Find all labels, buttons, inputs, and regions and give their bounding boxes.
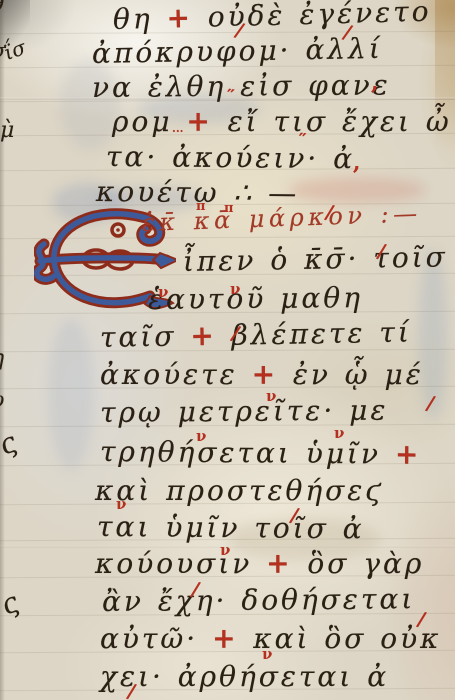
red-accent-mark: ν <box>334 426 344 441</box>
red-accent-mark: ν <box>116 497 126 512</box>
initial-spiral-dot <box>116 228 120 232</box>
margin-mark: η <box>0 348 4 370</box>
margin-mark: θ <box>0 0 4 16</box>
red-accent-mark: ’ <box>370 84 378 108</box>
text-run: να ἐλθη εἰσ φανε <box>92 68 391 104</box>
text-line: ἑαυτοῦ μαθη <box>148 284 363 314</box>
text-run: ὃσ γὰρ <box>307 547 424 580</box>
red-accent-mark: ν <box>266 389 276 404</box>
text-line: χει· ἀρθήσεται ἀ <box>100 663 389 691</box>
text-line: τα· ἀκούειν· ἀ <box>106 143 355 173</box>
text-line: ἀκούετε + ἐν ᾧ μέ <box>100 361 424 389</box>
text-line: τρῳ μετρεῖτε· με <box>100 396 389 427</box>
text-run: τρῳ μετρεῖτε· με <box>100 393 389 429</box>
text-run: θη <box>113 2 167 36</box>
text-run: ἶπεν ὁ κ̄σ̄· τοῖσ <box>183 240 448 278</box>
red-cross-mark: + <box>186 105 227 138</box>
margin-mark: υ <box>0 390 4 412</box>
red-accent-mark: ν <box>220 543 230 558</box>
red-cross-mark: + <box>190 319 232 353</box>
text-line: ρομ + εἴ τισ ἔχει ὦ <box>112 108 452 136</box>
text-run: τρηθήσεται ὑμῖν <box>100 435 395 471</box>
text-run: εἴ τισ ἔχει ὦ <box>228 105 452 138</box>
margin-mark: σ <box>0 40 6 60</box>
red-cross-mark: + <box>212 622 253 655</box>
text-run: αὐτῶ· <box>100 622 212 655</box>
text-line: ται ὑμῖν τοῖσ ἀ <box>97 513 365 543</box>
text-run: βλέπετε τί <box>231 316 412 352</box>
red-accent-mark: π <box>196 200 206 213</box>
text-line: κούουσιν + ὃσ γὰρ <box>95 550 424 578</box>
text-run: ταῖσ <box>100 319 191 354</box>
text-run: χει· ἀρθήσεται ἀ <box>100 660 389 693</box>
text-run: ἑαυτοῦ μαθη <box>148 281 363 316</box>
text-line: ἂν ἔχη· δοθήσεται <box>102 585 415 616</box>
manuscript-page: θη + οὐδὲ ἐγένετοἀπόκρυφομ· ἀλλίνα ἐλθη … <box>0 0 455 700</box>
text-line: τρηθήσεται ὑμῖν + <box>100 438 422 469</box>
text-line: θη + οὐδὲ ἐγένετο <box>113 0 432 34</box>
red-cross-mark: + <box>395 438 422 471</box>
red-cross-mark: + <box>266 547 307 580</box>
text-run: ἐν ᾧ μέ <box>293 358 424 391</box>
text-run: ται ὑμῖν τοῖσ ἀ <box>97 510 365 545</box>
text-line: ταῖσ + βλέπετε τί <box>100 319 412 352</box>
text-line: αὐτῶ· + καὶ ὃσ οὐκ ἔ <box>100 625 455 653</box>
red-accent-mark: ν <box>262 647 272 662</box>
red-accent-mark: ··· <box>172 126 184 137</box>
text-run: καὶ ὃσ οὐκ ἔ <box>253 622 455 655</box>
red-accent-mark: ’ <box>352 164 360 188</box>
margin-mark: μ̀ <box>0 120 14 142</box>
red-accent-mark: ν <box>158 285 168 300</box>
text-run: ἂν ἔχη· δοθήσεται <box>102 582 416 618</box>
red-cross-mark: + <box>166 1 208 35</box>
text-run: κούουσιν <box>95 547 266 580</box>
text-line: ἶπεν ὁ κ̄σ̄· τοῖσ <box>183 243 448 276</box>
text-line: να ἐλθη εἰσ φανε <box>92 71 391 102</box>
initial-crossbar-diamond <box>153 253 176 268</box>
red-accent-mark: ν <box>230 282 240 297</box>
text-run: καὶ προστεθήσεϛ <box>95 474 384 507</box>
text-run: ἀκούετε <box>100 358 252 391</box>
show-through-ghost <box>48 318 94 470</box>
text-line: καὶ προστεθήσεϛ <box>95 477 384 505</box>
text-run: τα· ἀκούειν· ἀ <box>106 140 355 175</box>
red-accent-mark: π <box>224 202 234 215</box>
red-accent-mark: ν <box>196 429 206 444</box>
